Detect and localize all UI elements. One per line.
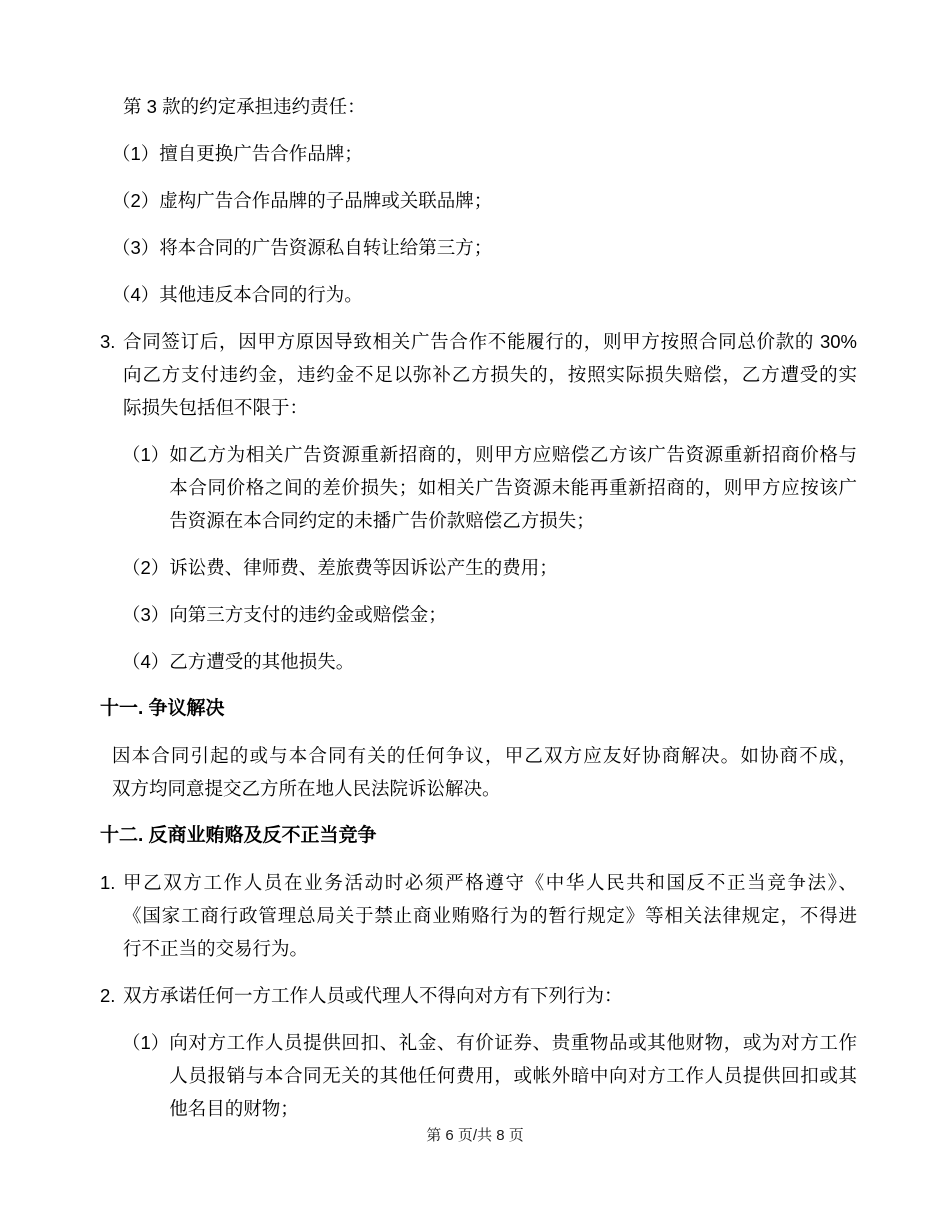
text-line: 诉讼费、律师费、差旅费等因诉讼产生的费用； xyxy=(169,551,857,584)
section-heading-dispute-resolution: 十一. 争议解决 xyxy=(100,692,857,725)
text-line: 《国家工商行政管理总局关于禁止商业贿赂行为的暂行规定》等相关法律规定，不得进 xyxy=(123,899,857,932)
text-line: 乙方遭受的其他损失。 xyxy=(169,645,857,678)
text-line: 甲乙双方工作人员在业务活动时必须严格遵守《中华人民共和国反不正当竞争法》、 xyxy=(123,866,857,899)
list-item-marker: （1） xyxy=(112,137,159,170)
list-item: （4） 其他违反本合同的行为。 xyxy=(112,278,857,311)
clause-continuation-paragraph: 第 3 款的约定承担违约责任： xyxy=(123,90,857,123)
section-heading-anti-bribery: 十二. 反商业贿赂及反不正当竞争 xyxy=(100,819,857,852)
text-line: 双方均同意提交乙方所在地人民法院诉讼解决。 xyxy=(112,772,857,805)
text-line: 将本合同的广告资源私自转让给第三方； xyxy=(159,231,857,264)
text-line: 人员报销与本合同无关的其他任何费用，或帐外暗中向对方工作人员提供回扣或其 xyxy=(169,1059,857,1092)
page-footer: 第 6 页/共 8 页 xyxy=(0,1126,950,1146)
text-line: 虚构广告合作品牌的子品牌或关联品牌； xyxy=(159,184,857,217)
text-line: 双方承诺任何一方工作人员或代理人不得向对方有下列行为： xyxy=(123,979,857,1012)
text-line: 他名目的财物； xyxy=(169,1092,857,1125)
text-line: 如乙方为相关广告资源重新招商的，则甲方应赔偿乙方该广告资源重新招商价格与 xyxy=(169,438,857,471)
clause-number: 2. xyxy=(100,979,123,1012)
sub-list-item: （2） 诉讼费、律师费、差旅费等因诉讼产生的费用； xyxy=(122,551,857,584)
text-line: 合同签订后，因甲方原因导致相关广告合作不能履行的，则甲方按照合同总价款的 30% xyxy=(123,325,857,358)
list-item-marker: （2） xyxy=(112,184,159,217)
list-item-marker: （3） xyxy=(122,598,169,631)
numbered-clause: 1. 甲乙双方工作人员在业务活动时必须严格遵守《中华人民共和国反不正当竞争法》、… xyxy=(100,866,857,965)
sub-list-item: （1） 如乙方为相关广告资源重新招商的，则甲方应赔偿乙方该广告资源重新招商价格与… xyxy=(122,438,857,537)
sub-list-item: （3） 向第三方支付的违约金或赔偿金； xyxy=(122,598,857,631)
list-item: （3） 将本合同的广告资源私自转让给第三方； xyxy=(112,231,857,264)
clause-paragraph: 因本合同引起的或与本合同有关的任何争议，甲乙双方应友好协商解决。如协商不成， 双… xyxy=(112,739,857,805)
list-item: （1） 擅自更换广告合作品牌； xyxy=(112,137,857,170)
text-line: 因本合同引起的或与本合同有关的任何争议，甲乙双方应友好协商解决。如协商不成， xyxy=(112,739,857,772)
sub-list-item: （4） 乙方遭受的其他损失。 xyxy=(122,645,857,678)
list-item: （2） 虚构广告合作品牌的子品牌或关联品牌； xyxy=(112,184,857,217)
text-line: 告资源在本合同约定的未播广告价款赔偿乙方损失； xyxy=(169,504,857,537)
text-line: 向第三方支付的违约金或赔偿金； xyxy=(169,598,857,631)
sub-list-item: （1） 向对方工作人员提供回扣、礼金、有价证券、贵重物品或其他财物，或为对方工作… xyxy=(122,1026,857,1125)
text-line: 向乙方支付违约金，违约金不足以弥补乙方损失的，按照实际损失赔偿，乙方遭受的实 xyxy=(123,358,857,391)
numbered-clause: 3. 合同签订后，因甲方原因导致相关广告合作不能履行的，则甲方按照合同总价款的 … xyxy=(100,325,857,424)
page-number: 第 6 页/共 8 页 xyxy=(426,1127,524,1144)
clause-number: 1. xyxy=(100,866,123,899)
list-item-marker: （4） xyxy=(122,645,169,678)
list-item-marker: （4） xyxy=(112,278,159,311)
text-line: 本合同价格之间的差价损失；如相关广告资源未能再重新招商的，则甲方应按该广 xyxy=(169,471,857,504)
text-line: 擅自更换广告合作品牌； xyxy=(159,137,857,170)
list-item-marker: （3） xyxy=(112,231,159,264)
numbered-clause: 2. 双方承诺任何一方工作人员或代理人不得向对方有下列行为： xyxy=(100,979,857,1012)
contract-page: 第 3 款的约定承担违约责任： （1） 擅自更换广告合作品牌； （2） 虚构广告… xyxy=(0,0,950,1230)
text-line: 行不正当的交易行为。 xyxy=(123,932,857,965)
text-line: 向对方工作人员提供回扣、礼金、有价证券、贵重物品或其他财物，或为对方工作 xyxy=(169,1026,857,1059)
text-line: 际损失包括但不限于： xyxy=(123,391,857,424)
clause-number: 3. xyxy=(100,325,123,358)
text-line: 第 3 款的约定承担违约责任： xyxy=(123,90,857,123)
list-item-marker: （1） xyxy=(122,438,169,471)
text-line: 其他违反本合同的行为。 xyxy=(159,278,857,311)
list-item-marker: （1） xyxy=(122,1026,169,1059)
list-item-marker: （2） xyxy=(122,551,169,584)
